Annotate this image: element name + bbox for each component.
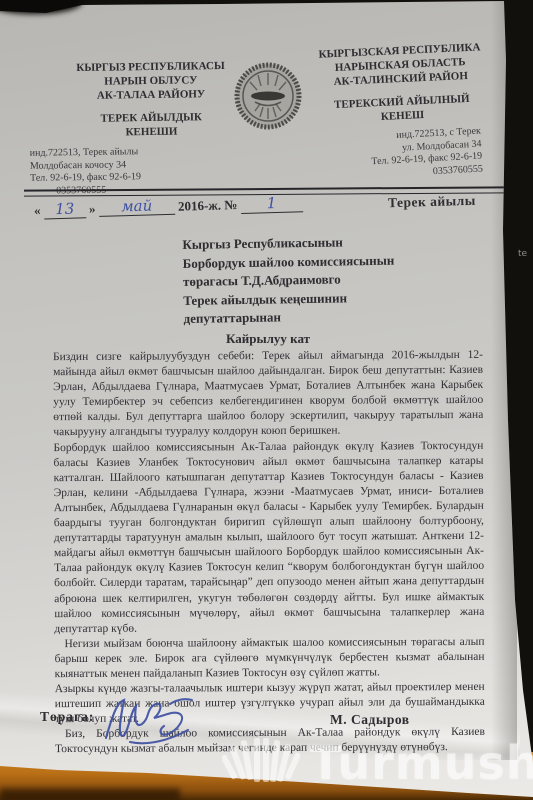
quote-open: « [34,203,41,218]
document-photo: КЫРГЫЗ РЕСПУБЛИКАСЫ НАРЫН ОБЛУСУ АК-ТАЛА… [0,0,533,800]
org-block-kyrgyz: КЫРГЫЗ РЕСПУБЛИКАСЫ НАРЫН ОБЛУСУ АК-ТАЛА… [57,59,244,141]
background-edge-text: te [518,249,527,259]
signatory-name: М. Садыров [330,712,410,728]
state-emblem-icon [233,61,303,136]
addressee-line: депутаттарынан [183,309,281,326]
address-line: Молдобасан кочосу 34 [30,159,126,171]
address-line: Тел. 92-6-19, факс 92-6-19 [30,171,141,184]
addressee-block: Кыргыз Республикасынын Борбордук шайлоо … [182,232,433,328]
paragraph: Негизи мыйзам боюнча шайлоону аймактык ш… [54,635,484,683]
place-name: Терек айылы [388,193,476,211]
letter-paper: КЫРГЫЗ РЕСПУБЛИКАСЫ НАРЫН ОБЛУСУ АК-ТАЛА… [0,0,533,800]
dateline: « 13 » май 2016-ж. № 1 [34,193,303,219]
addressee-line: Терек айылдык кеңешинин [183,290,347,308]
org-ky-council: ТЕРЕК АЙЫЛДЫК [101,111,202,124]
handwritten-month: май [98,196,175,217]
paragraph: Борбордук шайлоо комиссиясынын Ак-Талаа … [53,438,484,636]
org-block-russian: КЫРГЫЗСКАЯ РЕСПУБЛИКА НАРЫНСКАЯ ОБЛАСТЬ … [306,40,495,127]
handwritten-day: 13 [44,199,87,219]
org-ky-line: КЫРГЫЗ РЕСПУБЛИКАСЫ [76,60,225,74]
addressee-line: Борбордук шайлоо комиссиясынын [183,252,395,270]
letter-title: Кайрылуу кат [54,331,482,347]
address-line: 0353760555 [433,163,484,177]
addressee-line: төрагасы Т.Д.Абдраимовго [183,271,341,288]
address-block-russian: инд.722513, с Терек ул. Молдобасан 34 Те… [309,126,483,185]
addressee-line: Кыргыз Республикасынын [182,234,343,252]
table-shadow [0,788,180,800]
signature-ink [100,690,204,755]
org-ru-council: КЕНЕШ [381,109,425,123]
handwritten-number: 1 [240,193,303,214]
org-ky-council: КЕНЕШИ [125,126,177,139]
org-ky-line: НАРЫН ОБЛУСУ [104,74,197,87]
quote-close: » [89,201,96,216]
paragraph: Биздин сизге кайрылуубуздун себеби: Тере… [53,348,483,441]
year-label: 2016-ж. № [178,197,238,214]
org-ky-line: АК-ТАЛАА РАЙОНУ [97,88,205,102]
signature-label: Төрага: [40,709,94,725]
address-line: инд.722513, Терек айылы [30,146,139,159]
